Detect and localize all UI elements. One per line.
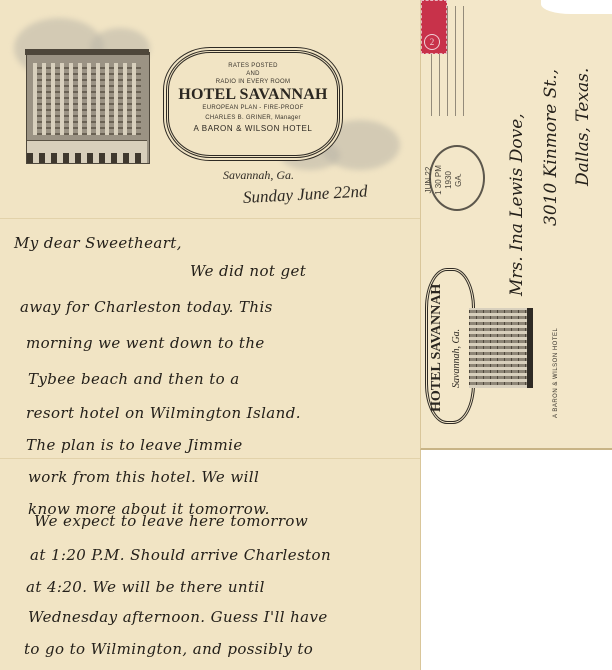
letter-line: We expect to leave here tomorrow xyxy=(34,512,308,530)
postmark-text: JUN 22 1 30 PM 1930 GA. xyxy=(424,165,484,195)
hotel-chain: A BARON & WILSON HOTEL xyxy=(169,124,337,133)
addressee-street: 3010 Kinmore St., xyxy=(541,69,561,226)
hotel-plan: EUROPEAN PLAN - FIRE-PROOF xyxy=(169,104,337,112)
envelope: 2 JUN 22 1 30 PM 1930 GA. Mrs. Ina Lewis… xyxy=(420,0,612,450)
addressee-name: Mrs. Ina Lewis Dove, xyxy=(507,113,527,296)
postmark-date: JUN 22 xyxy=(424,165,434,195)
letter-line: work from this hotel. We will xyxy=(28,468,259,486)
hotel-building-illustration xyxy=(26,52,150,164)
return-hotel-name: HOTEL SAVANNAH xyxy=(429,284,445,412)
letter-line: morning we went down to the xyxy=(26,334,265,352)
letterhead-city: Savannah, Ga. xyxy=(223,168,294,183)
letter-line: Tybee beach and then to a xyxy=(28,370,240,388)
postmark-time: 1 30 PM xyxy=(434,165,444,195)
letter-line: We did not get xyxy=(190,262,306,280)
letter-date: Sunday June 22nd xyxy=(242,181,368,207)
fold-line xyxy=(0,458,420,459)
letterhead-line1: RATES POSTED xyxy=(169,62,337,70)
return-city: Savannah, Ga. xyxy=(451,329,462,388)
torn-edge xyxy=(541,0,612,14)
hotel-name: HOTEL SAVANNAH xyxy=(169,86,337,104)
hotel-manager: CHARLES B. GRINER, Manager xyxy=(169,114,337,122)
letter-line: at 4:20. We will be there until xyxy=(26,578,265,596)
salutation: My dear Sweetheart, xyxy=(14,234,182,252)
letter-line: Wednesday afternoon. Guess I'll have xyxy=(28,608,328,626)
letterhead-line3: RADIO IN EVERY ROOM xyxy=(169,78,337,86)
letter-line: to go to Wilmington, and possibly to xyxy=(24,640,313,658)
addressee-city: Dallas, Texas. xyxy=(573,68,593,186)
letter-line: resort hotel on Wilmington Island. xyxy=(26,404,301,422)
letterhead-line2: AND xyxy=(169,70,337,78)
letter-line: away for Charleston today. This xyxy=(20,298,273,316)
return-chain: A BARON & WILSON HOTEL xyxy=(553,328,559,418)
postage-stamp: 2 xyxy=(421,0,447,54)
hotel-logo-cartouche: RATES POSTED AND RADIO IN EVERY ROOM HOT… xyxy=(166,50,340,158)
stamp-value: 2 xyxy=(424,34,440,50)
letterhead: RATES POSTED AND RADIO IN EVERY ROOM HOT… xyxy=(0,0,420,220)
return-building-illustration xyxy=(469,308,533,388)
letter-line: at 1:20 P.M. Should arrive Charleston xyxy=(30,546,331,564)
letter-sheet: RATES POSTED AND RADIO IN EVERY ROOM HOT… xyxy=(0,0,421,670)
postmark-year: 1930 xyxy=(444,165,454,195)
letter-line: The plan is to leave Jimmie xyxy=(26,436,243,454)
postmark-state: GA. xyxy=(454,165,464,195)
